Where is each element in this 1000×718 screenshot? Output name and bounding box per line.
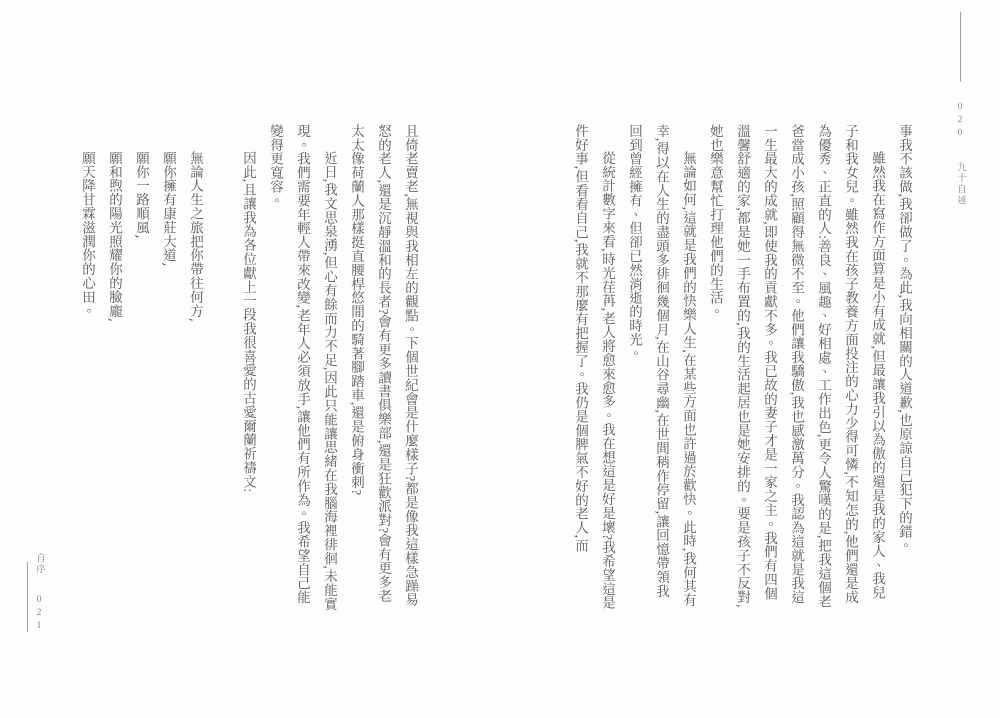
book-spread: 020 九十自述 事我不該做,我卻做了。為此,我向相關的人道歉,也原諒自己犯下的… [0,0,1000,718]
paragraph: 事我不該做,我卻做了。為此,我向相關的人道歉,也原諒自己犯下的錯。 [891,124,918,611]
right-page-folio: 020 九十自述 [954,12,966,206]
footer-rule [27,562,28,632]
paragraph: 雖然我在寫作方面算是小有成就,但最讓我引以為傲的還是我的家人、我兒子和我女兒。雖… [702,124,891,611]
book-title: 九十自述 [955,162,965,206]
prayer-verse: 願天降甘霖滋潤你的心田。 [73,124,100,611]
paragraph: 近日,我文思泉湧,但心有餘而力不足,因此只能讓思緒在我腦海裡徘徊,未能實現。我們… [262,124,343,611]
header-rule [960,12,961,82]
paragraph: 無論如何,這就是我們的快樂人生,在某些方面也許過於歡快。此時,我何其有幸,得以在… [621,124,702,611]
prayer-verse: 願你一路順風, [127,124,154,611]
prayer-verse: 無論人生之旅把你帶往何方, [181,124,208,611]
paragraph: 因此,且讓我為各位獻上一段我很喜愛的古愛爾蘭祈禱文: [235,124,262,611]
prayer-verse: 願你擁有康莊大道, [154,124,181,611]
section-title: 自序 [34,553,44,575]
prayer-verse: 願和煦的陽光照耀你的臉龐, [100,124,127,611]
paragraph: 從統計數字來看,時光荏苒,老人將愈來愈多。我在想這是好是壞?我希望這是件好事,但… [567,124,621,611]
left-page-text: 且倚老賣老,無視與我相左的觀點。下個世紀會是什麼樣子?都是像我這樣急躁易怒的老人… [34,124,424,611]
paragraph: 且倚老賣老,無視與我相左的觀點。下個世紀會是什麼樣子?都是像我這樣急躁易怒的老人… [343,124,424,611]
left-page-folio: 自序 021 [21,553,45,718]
prayer-block: 無論人生之旅把你帶往何方, 願你擁有康莊大道, 願你一路順風, 願和煦的陽光照耀… [73,124,208,611]
right-page-number: 020 [955,102,965,141]
right-page-text: 事我不該做,我卻做了。為此,我向相關的人道歉,也原諒自己犯下的錯。 雖然我在寫作… [528,124,918,611]
left-page-number: 021 [34,595,44,634]
